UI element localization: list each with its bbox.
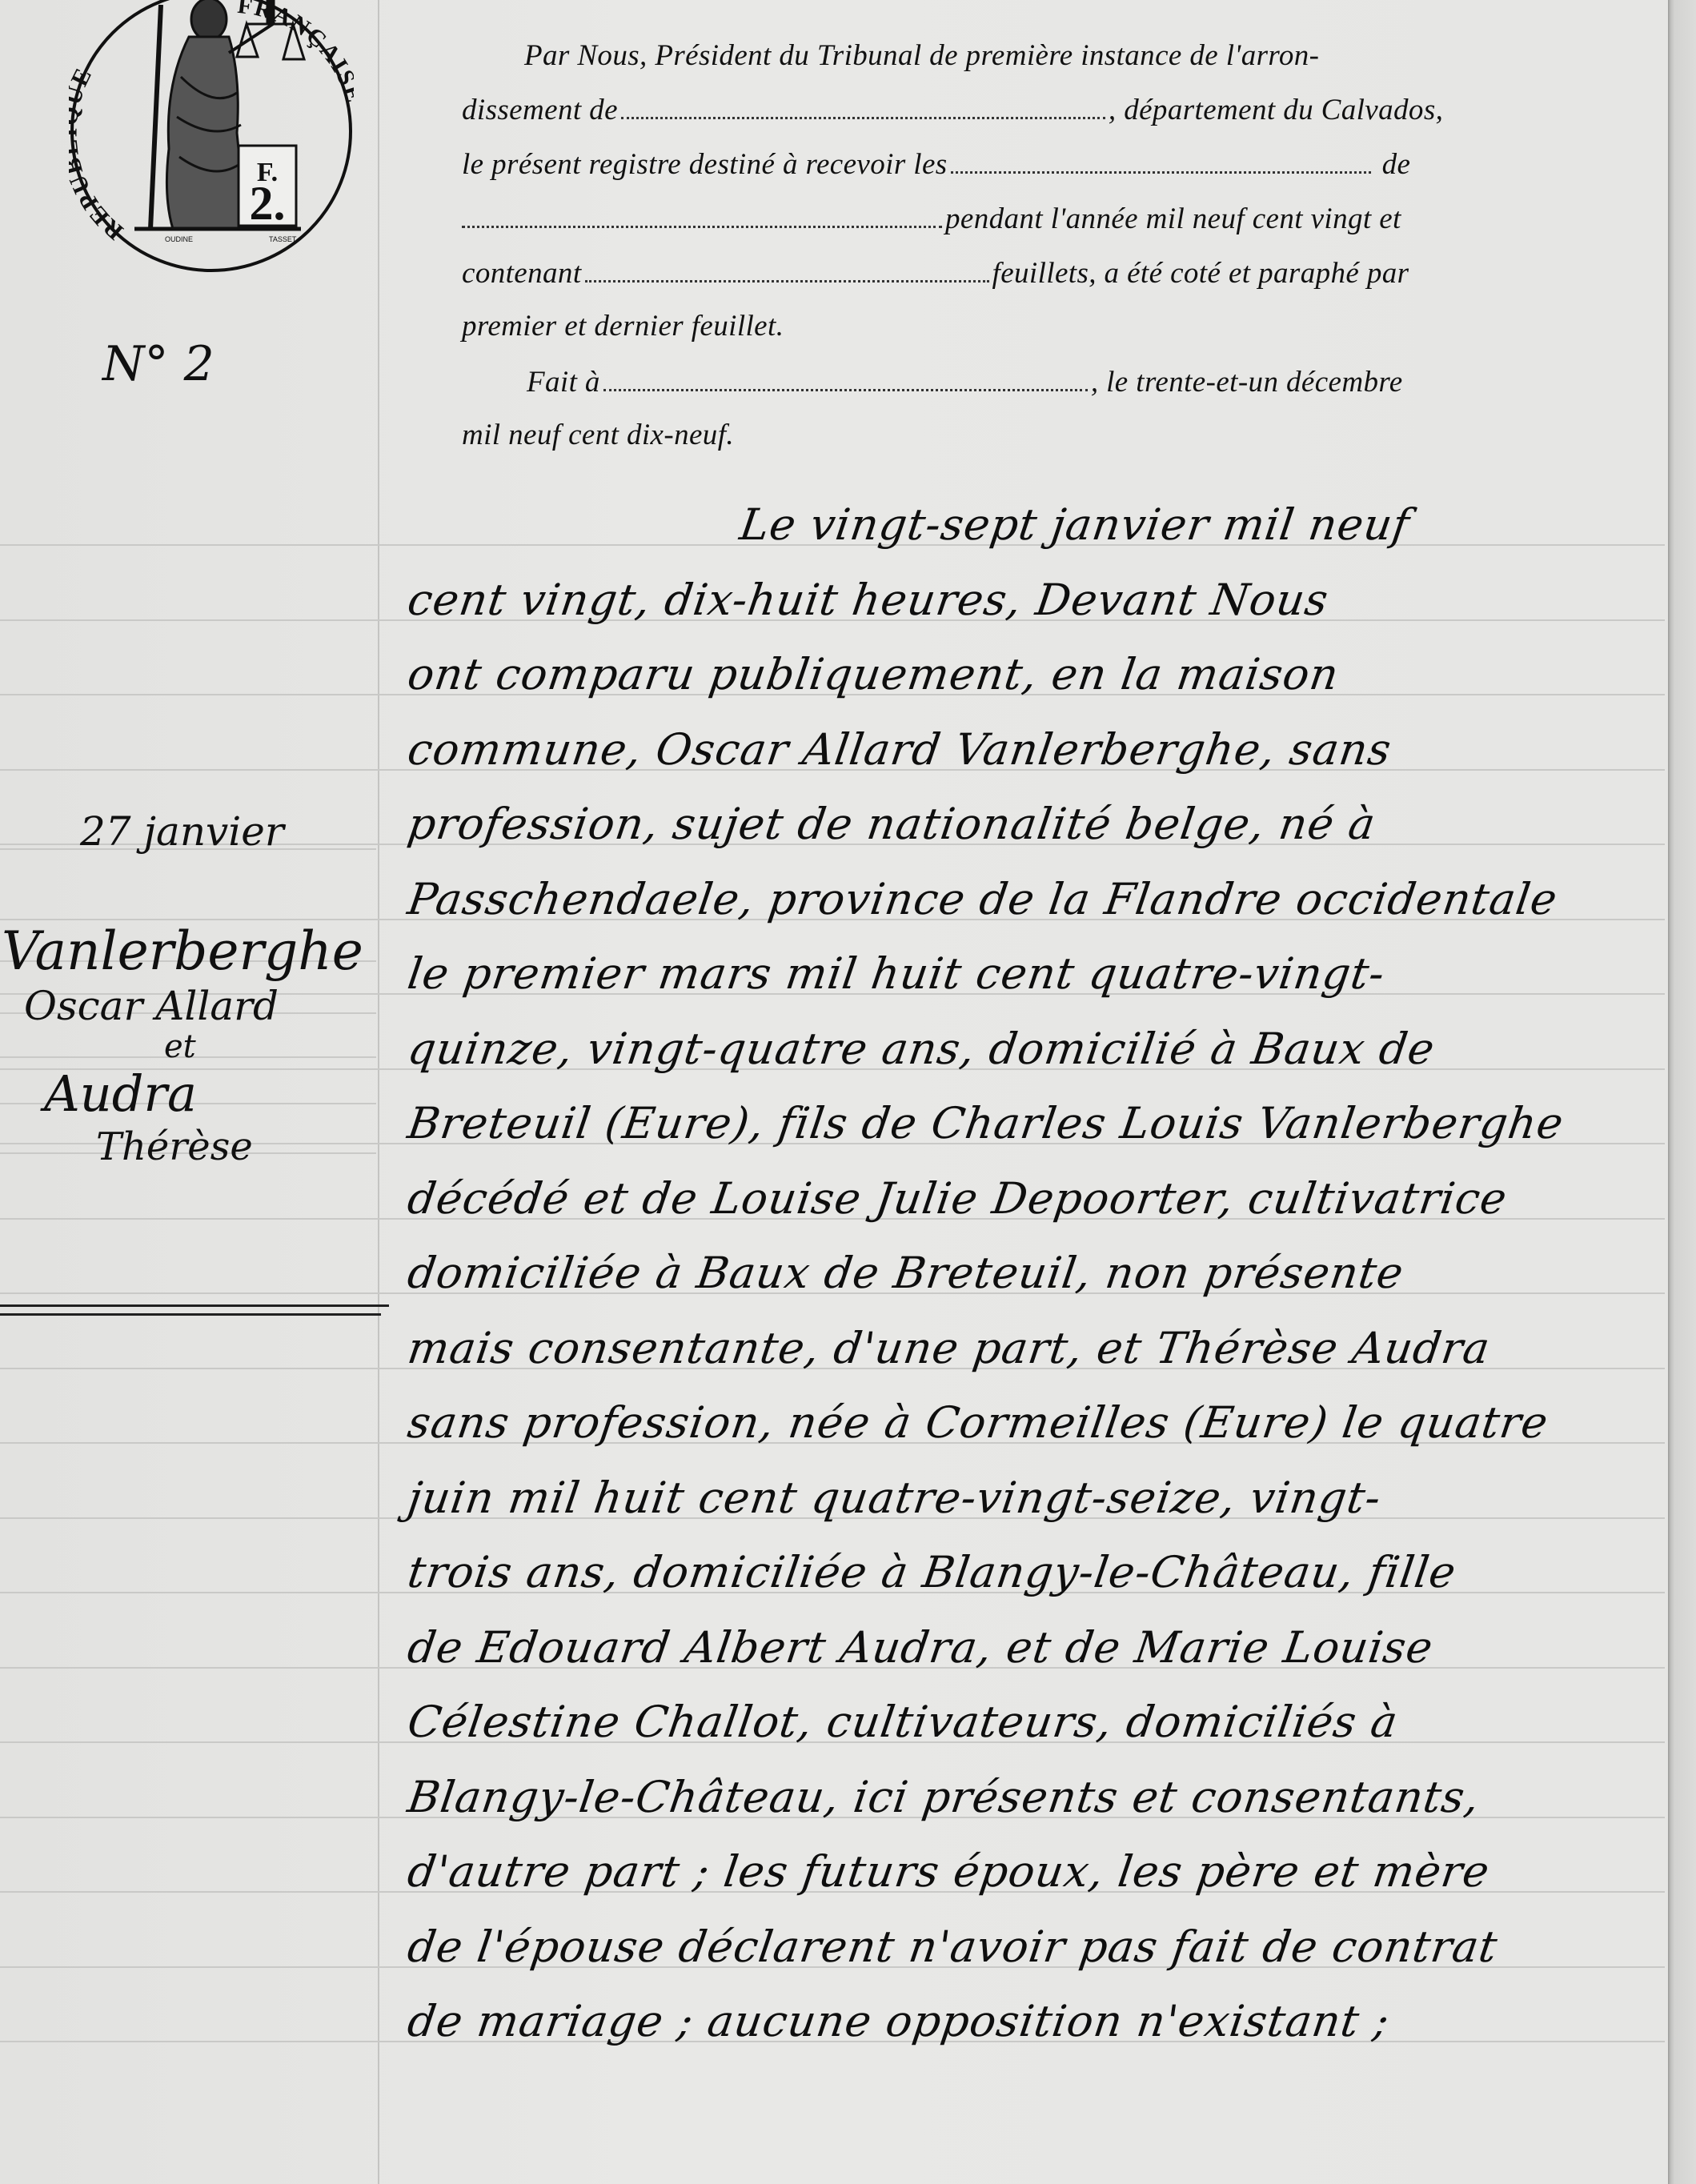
printed-line-6: premier et dernier feuillet. bbox=[462, 309, 784, 343]
svg-text:FRANÇAISE: FRANÇAISE bbox=[236, 0, 354, 106]
blank-feuillets bbox=[585, 280, 989, 283]
body-line: trois ans, domiciliée à Blangy-le-Châtea… bbox=[405, 1547, 1645, 1597]
stamp-value: 2. bbox=[250, 177, 286, 230]
body-line: le premier mars mil huit cent quatre-vin… bbox=[405, 948, 1645, 999]
margin-double-rule-bottom bbox=[0, 1313, 381, 1316]
body-line: Passchendaele, province de la Flandre oc… bbox=[405, 874, 1645, 924]
margin-groom-given: Oscar Allard bbox=[24, 983, 279, 1029]
body-line: domiciliée à Baux de Breteuil, non prése… bbox=[405, 1248, 1645, 1298]
margin-date: 27 janvier bbox=[80, 808, 284, 855]
printed-line-5: contenantfeuillets, a été coté et paraph… bbox=[462, 256, 1409, 291]
body-line: Blangy-le-Château, ici présents et conse… bbox=[405, 1772, 1645, 1822]
stamp-text-left: REPUBLIQUE bbox=[69, 63, 128, 245]
body-line: profession, sujet de nationalité belge, … bbox=[405, 799, 1645, 849]
body-line: quinze, vingt-quatre ans, domicilié à Ba… bbox=[405, 1024, 1645, 1074]
svg-text:REPUBLIQUE: REPUBLIQUE bbox=[69, 63, 128, 245]
act-number: N° 2 bbox=[102, 336, 215, 392]
printed-line-7: Fait à, le trente-et-un décembre bbox=[527, 365, 1403, 399]
page-edge bbox=[1668, 0, 1696, 2184]
body-line: décédé et de Louise Julie Depoorter, cul… bbox=[405, 1173, 1645, 1224]
blank-fait-a bbox=[603, 389, 1088, 391]
body-line: de l'épouse déclarent n'avoir pas fait d… bbox=[405, 1922, 1645, 1972]
body-line: d'autre part ; les futurs époux, les pèr… bbox=[405, 1846, 1645, 1897]
engraver-right: TASSET bbox=[269, 235, 297, 243]
margin-double-rule-top bbox=[0, 1304, 389, 1307]
printed-line-2: dissement de, département du Calvados, bbox=[462, 93, 1443, 127]
printed-line-3: le présent registre destiné à recevoir l… bbox=[462, 147, 1410, 182]
body-line: mais consentante, d'une part, et Thérèse… bbox=[405, 1323, 1645, 1373]
body-line: ont comparu publiquement, en la maison bbox=[405, 649, 1645, 699]
printed-line-1: Par Nous, Président du Tribunal de premi… bbox=[524, 38, 1319, 73]
printed-line-8: mil neuf cent dix-neuf. bbox=[462, 418, 734, 452]
margin-divider bbox=[378, 0, 379, 2184]
body-line: cent vingt, dix-huit heures, Devant Nous bbox=[405, 575, 1645, 625]
body-line: Breteuil (Eure), fils de Charles Louis V… bbox=[405, 1098, 1645, 1148]
stamp-text-right: FRANÇAISE bbox=[236, 0, 354, 106]
printed-line-4: pendant l'année mil neuf cent vingt et bbox=[462, 202, 1401, 236]
blank-registre-type-cont bbox=[462, 226, 942, 228]
fiscal-stamp-seal: REPUBLIQUE FRANÇAISE F. 2. OUDINE TASSET bbox=[69, 0, 354, 274]
body-line: de Edouard Albert Audra, et de Marie Lou… bbox=[405, 1622, 1645, 1673]
body-line: juin mil huit cent quatre-vingt-seize, v… bbox=[405, 1473, 1645, 1523]
blank-arrondissement bbox=[621, 117, 1105, 119]
body-line: Le vingt-sept janvier mil neuf bbox=[737, 499, 1625, 550]
body-line: commune, Oscar Allard Vanlerberghe, sans bbox=[405, 724, 1645, 775]
body-line: Célestine Challot, cultivateurs, domicil… bbox=[405, 1697, 1645, 1747]
margin-groom-surname: Vanlerberghe bbox=[2, 920, 363, 982]
engraver-left: OUDINE bbox=[165, 235, 193, 243]
body-line: sans profession, née à Cormeilles (Eure)… bbox=[405, 1397, 1645, 1448]
margin-bride-given: Thérèse bbox=[96, 1124, 253, 1169]
margin-conjunction: et bbox=[164, 1028, 196, 1065]
margin-bride-surname: Audra bbox=[44, 1064, 197, 1123]
blank-registre-type bbox=[951, 171, 1371, 174]
body-line: de mariage ; aucune opposition n'existan… bbox=[405, 1996, 1645, 2046]
